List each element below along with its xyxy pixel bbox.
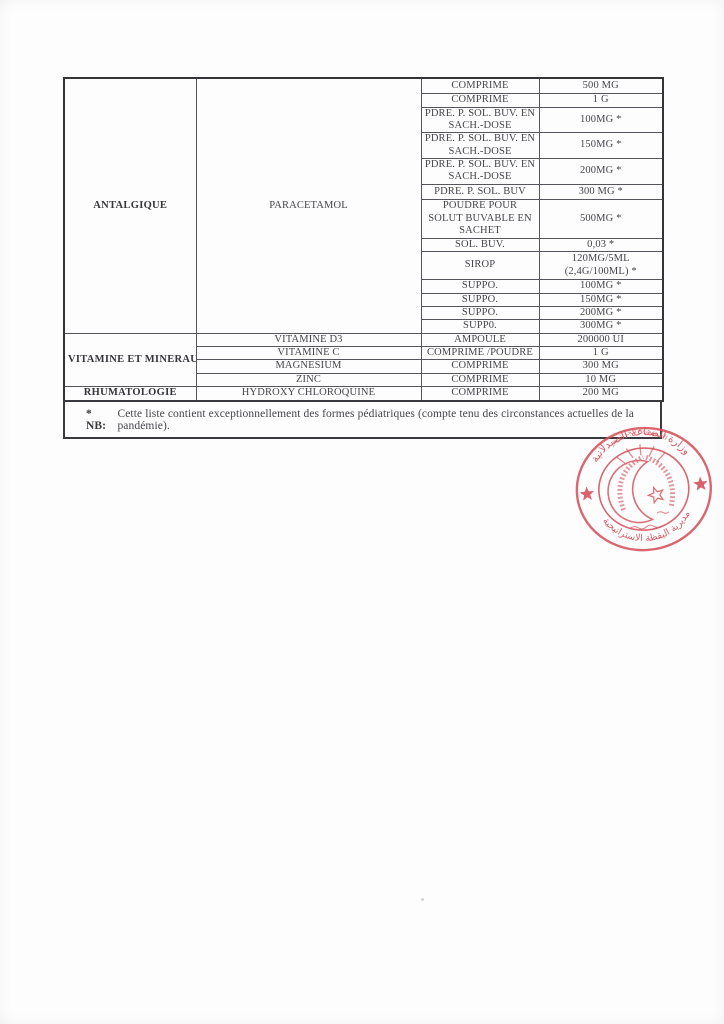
crescent-icon — [605, 460, 652, 525]
dosage-cell: 120MG/5ML (2,4G/100ML) * — [539, 252, 663, 280]
form-cell: SIROP — [421, 252, 539, 280]
form-cell: SOL. BUV. — [421, 238, 539, 251]
scan-speck — [421, 898, 424, 901]
dosage-cell: 150MG * — [539, 293, 663, 306]
dosage-cell: 150MG * — [539, 133, 663, 159]
category-cell: ANTALGIQUE — [64, 78, 196, 333]
nb-label: * NB: — [86, 408, 113, 432]
algeria-emblem — [604, 442, 675, 532]
stamp-outer-ring — [572, 422, 716, 555]
dosage-cell: 100MG * — [539, 107, 663, 133]
dosage-cell: 300 MG — [539, 360, 663, 373]
form-cell: PDRE. P. SOL. BUV — [421, 184, 539, 199]
dosage-cell: 1 G — [539, 93, 663, 107]
form-cell: SUPPO. — [421, 293, 539, 306]
dosage-cell: 1 G — [539, 347, 663, 360]
form-cell: PDRE. P. SOL. BUV. EN SACH.-DOSE — [421, 159, 539, 185]
dosage-cell: 500MG * — [539, 199, 663, 238]
star-icon — [579, 486, 595, 501]
dosage-cell: 300 MG * — [539, 184, 663, 199]
form-cell: SUPP0. — [421, 320, 539, 333]
drug-name-cell: HYDROXY CHLOROQUINE — [196, 387, 421, 401]
form-cell: COMPRIME — [421, 360, 539, 373]
form-cell: COMPRIME — [421, 387, 539, 401]
emblem-script-marks — [629, 511, 670, 530]
form-cell: COMPRIME — [421, 78, 539, 93]
dosage-cell: 200 MG — [539, 387, 663, 401]
form-cell: SUPPO. — [421, 306, 539, 319]
drug-name-cell: VITAMINE D3 — [196, 333, 421, 346]
form-cell: POUDRE POUR SOLUT BUVABLE EN SACHET — [421, 199, 539, 238]
drug-name-cell: PARACETAMOL — [196, 78, 421, 333]
scanned-document-page: ANTALGIQUE PARACETAMOL COMPRIME 500 MG C… — [0, 0, 724, 1024]
dosage-cell: 0,03 * — [539, 238, 663, 251]
wheat-left — [617, 457, 648, 510]
dosage-cell: 200MG * — [539, 159, 663, 185]
form-cell: PDRE. P. SOL. BUV. EN SACH.-DOSE — [421, 133, 539, 159]
dosage-cell: 200000 UI — [539, 333, 663, 346]
medication-table: ANTALGIQUE PARACETAMOL COMPRIME 500 MG C… — [63, 77, 664, 402]
drug-name-cell: VITAMINE C — [196, 347, 421, 360]
drug-name-cell: ZINC — [196, 373, 421, 386]
form-cell: PDRE. P. SOL. BUV. EN SACH.-DOSE — [421, 107, 539, 133]
dosage-cell: 300MG * — [539, 320, 663, 333]
nb-text: Cette liste contient exceptionnellement … — [117, 408, 660, 432]
form-cell: AMPOULE — [421, 333, 539, 346]
form-cell: COMPRIME — [421, 373, 539, 386]
stamp-inner-ring — [595, 444, 692, 534]
stamp-bottom-arc-text: مديرية اليقظة الاستراتيجية — [600, 508, 695, 548]
table-row: RHUMATOLOGIE HYDROXY CHLOROQUINE COMPRIM… — [64, 387, 663, 401]
category-cell: VITAMINE ET MINERAUX — [64, 333, 196, 387]
dosage-cell: 10 MG — [539, 373, 663, 386]
dosage-cell: 500 MG — [539, 78, 663, 93]
table-row: ANTALGIQUE PARACETAMOL COMPRIME 500 MG — [64, 78, 663, 93]
dosage-cell: 100MG * — [539, 280, 663, 293]
svg-text:مديرية اليقظة الاستراتيجية: مديرية اليقظة الاستراتيجية — [600, 508, 695, 548]
nb-note-box: * NB: Cette liste contient exceptionnell… — [63, 400, 662, 439]
category-cell: RHUMATOLOGIE — [64, 387, 196, 401]
emblem-star-icon — [647, 485, 666, 504]
form-cell: SUPPO. — [421, 280, 539, 293]
table-row: VITAMINE ET MINERAUX VITAMINE D3 AMPOULE… — [64, 333, 663, 346]
drug-name-cell: MAGNESIUM — [196, 360, 421, 373]
dosage-cell: 200MG * — [539, 306, 663, 319]
wheat-right — [645, 455, 674, 508]
form-cell: COMPRIME — [421, 93, 539, 107]
form-cell: COMPRIME /POUDRE — [421, 347, 539, 360]
sun-rays — [616, 442, 665, 465]
star-icon — [693, 476, 709, 491]
